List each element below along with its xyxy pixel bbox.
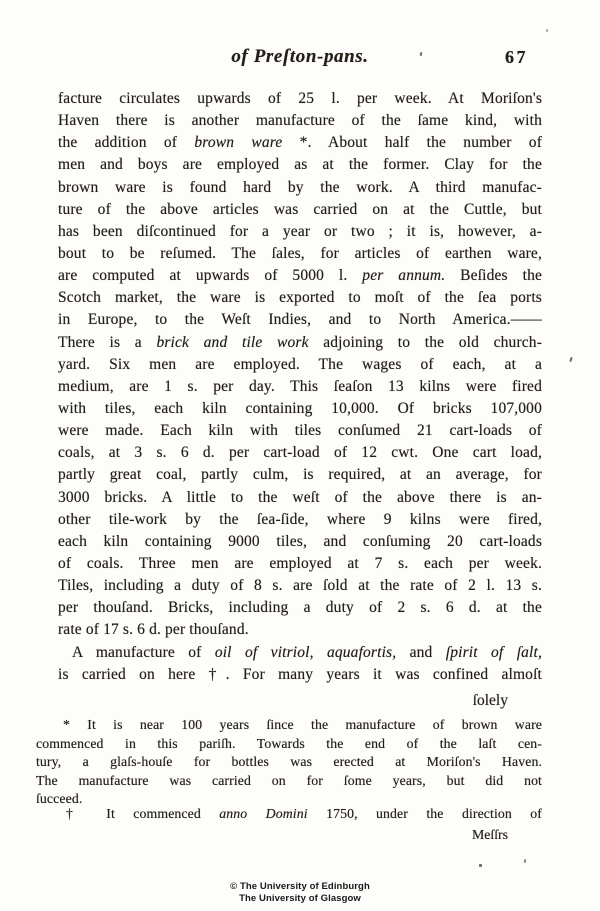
text-line: is carried on here †. For many years it … [58,664,542,686]
text-line: ture of the above articles was carried o… [58,199,542,221]
text-line: has been diſcontinued for a year or two … [58,221,542,243]
text-run: commenced in this pariſh. Towards the en… [36,736,542,751]
text-run: *. About half the number of [282,134,542,151]
text-line: are computed at upwards of 5000 l. per a… [58,265,542,287]
text-run: brown ware is found hard by the work. A … [58,179,542,196]
text-line: with tiles, each kiln containing 10,000.… [58,398,542,420]
text-run: tury, a glaſs-houſe for bottles was erec… [36,754,542,769]
scan-artifact [546,29,548,32]
page-number: 67 [505,47,528,68]
text-run: the addition of [58,134,194,151]
text-run: each kiln containing 9000 tiles, and con… [58,533,542,550]
text-line: * It is near 100 years ſince the manufac… [36,716,542,735]
text-run: are computed at upwards of 5000 l. [58,267,362,284]
text-line: The manufacture was carried on for ſome … [36,772,542,791]
text-line: the addition of brown ware *. About half… [58,132,542,154]
text-line: coals, at 3 s. 6 d. per cart-load of 12 … [58,442,542,464]
text-run: There is a [58,334,156,351]
text-line: rate of 17 s. 6 d. per thouſand. [58,619,542,641]
text-run: of coals. Three men are employed at 7 s.… [58,555,542,572]
footnote-1: * It is near 100 years ſince the manufac… [36,716,542,809]
text-run: yard. Six men are employed. The wages of… [58,356,542,373]
text-line: per thouſand. Bricks, including a duty o… [58,597,542,619]
italic-text: brick and tile work [156,334,308,351]
text-run: facture circulates upwards of 25 l. per … [58,90,542,107]
text-run: with tiles, each kiln containing 10,000.… [58,400,542,417]
text-run: men and boys are employed as at the form… [58,156,542,173]
copyright-line: © The University of Edinburgh [0,881,600,893]
text-run: Beſides the [445,267,542,284]
text-line: Scotch market, the ware is exported to m… [58,287,542,309]
scan-artifact [479,864,482,867]
text-run: rate of 17 s. 6 d. per thouſand. [58,621,249,638]
text-line: men and boys are employed as at the form… [58,154,542,176]
text-run: A manufacture of [72,644,215,661]
text-line: commenced in this pariſh. Towards the en… [36,735,542,754]
scan-artifact [569,357,572,362]
text-line: Tiles, including a duty of 8 s. are ſold… [58,575,542,597]
page-title: of Preſton-pans. [58,46,542,68]
italic-text: brown ware [194,134,282,151]
text-line: 3000 bricks. A little to the weſt of the… [58,487,542,509]
body-text: facture circulates upwards of 25 l. per … [58,88,542,686]
text-line: † It commenced anno Domini 1750, under t… [36,805,542,824]
text-line: There is a brick and tile work adjoining… [58,332,542,354]
text-run: adjoining to the old church- [309,334,542,351]
book-page-scan: of Preſton-pans. 67 facture circulates u… [0,0,600,911]
text-run: , [538,644,542,661]
text-line: tury, a glaſs-houſe for bottles was erec… [36,753,542,772]
running-header: of Preſton-pans. 67 [58,46,542,72]
text-run: ture of the above articles was carried o… [58,201,542,218]
italic-text: ſpirit of ſalt [446,644,538,661]
text-run: † It commenced [66,806,219,821]
text-run: 3000 bricks. A little to the weſt of the… [58,489,542,506]
text-run: and [396,644,446,661]
institution-line: The University of Glasgow [0,893,600,905]
text-run: medium, are 1 s. per day. This ſeaſon 13… [58,378,542,395]
text-run: other tile-work by the ſea-ſide, where 9… [58,511,542,528]
text-line: in Europe, to the Weſt Indies, and to No… [58,309,542,331]
text-line: of coals. Three men are employed at 7 s.… [58,553,542,575]
library-stamp: © The University of Edinburgh The Univer… [0,881,600,904]
text-run: Tiles, including a duty of 8 s. are ſold… [58,577,542,594]
text-line: bout to be reſumed. The ſales, for artic… [58,243,542,265]
text-run: has been diſcontinued for a year or two … [58,223,542,240]
text-run: The manufacture was carried on for ſome … [36,773,542,788]
footnote-2: † It commenced anno Domini 1750, under t… [36,805,542,824]
text-run: partly great coal, partly culm, is requi… [58,466,542,483]
text-line: each kiln containing 9000 tiles, and con… [58,531,542,553]
text-run: Haven there is another manufacture of th… [58,112,542,129]
text-line: partly great coal, partly culm, is requi… [58,464,542,486]
italic-text: per annum. [362,267,445,284]
italic-text: anno Domini [219,806,307,821]
text-run: bout to be reſumed. The ſales, for artic… [58,245,542,262]
catchword: ſolely [473,692,508,710]
text-run: in Europe, to the Weſt Indies, and to No… [58,311,542,328]
text-line: medium, are 1 s. per day. This ſeaſon 13… [58,376,542,398]
catchword: Meſſrs [472,827,508,843]
italic-text: oil of vitriol, aquafortis, [215,644,396,661]
text-line: Haven there is another manufacture of th… [58,110,542,132]
text-run: Scotch market, the ware is exported to m… [58,289,542,306]
text-line: brown ware is found hard by the work. A … [58,177,542,199]
text-line: A manufacture of oil of vitriol, aquafor… [58,642,542,664]
text-run: per thouſand. Bricks, including a duty o… [58,599,542,616]
text-run: * It is near 100 years ſince the manufac… [63,717,542,732]
text-run: 1750, under the direction of [308,806,542,821]
text-line: were made. Each kiln with tiles conſumed… [58,420,542,442]
text-line: yard. Six men are employed. The wages of… [58,354,542,376]
text-line: other tile-work by the ſea-ſide, where 9… [58,509,542,531]
text-run: coals, at 3 s. 6 d. per cart-load of 12 … [58,444,542,461]
text-line: facture circulates upwards of 25 l. per … [58,88,542,110]
text-run: is carried on here †. For many years it … [58,666,542,683]
scan-artifact [524,859,527,863]
text-run: were made. Each kiln with tiles conſumed… [58,422,542,439]
